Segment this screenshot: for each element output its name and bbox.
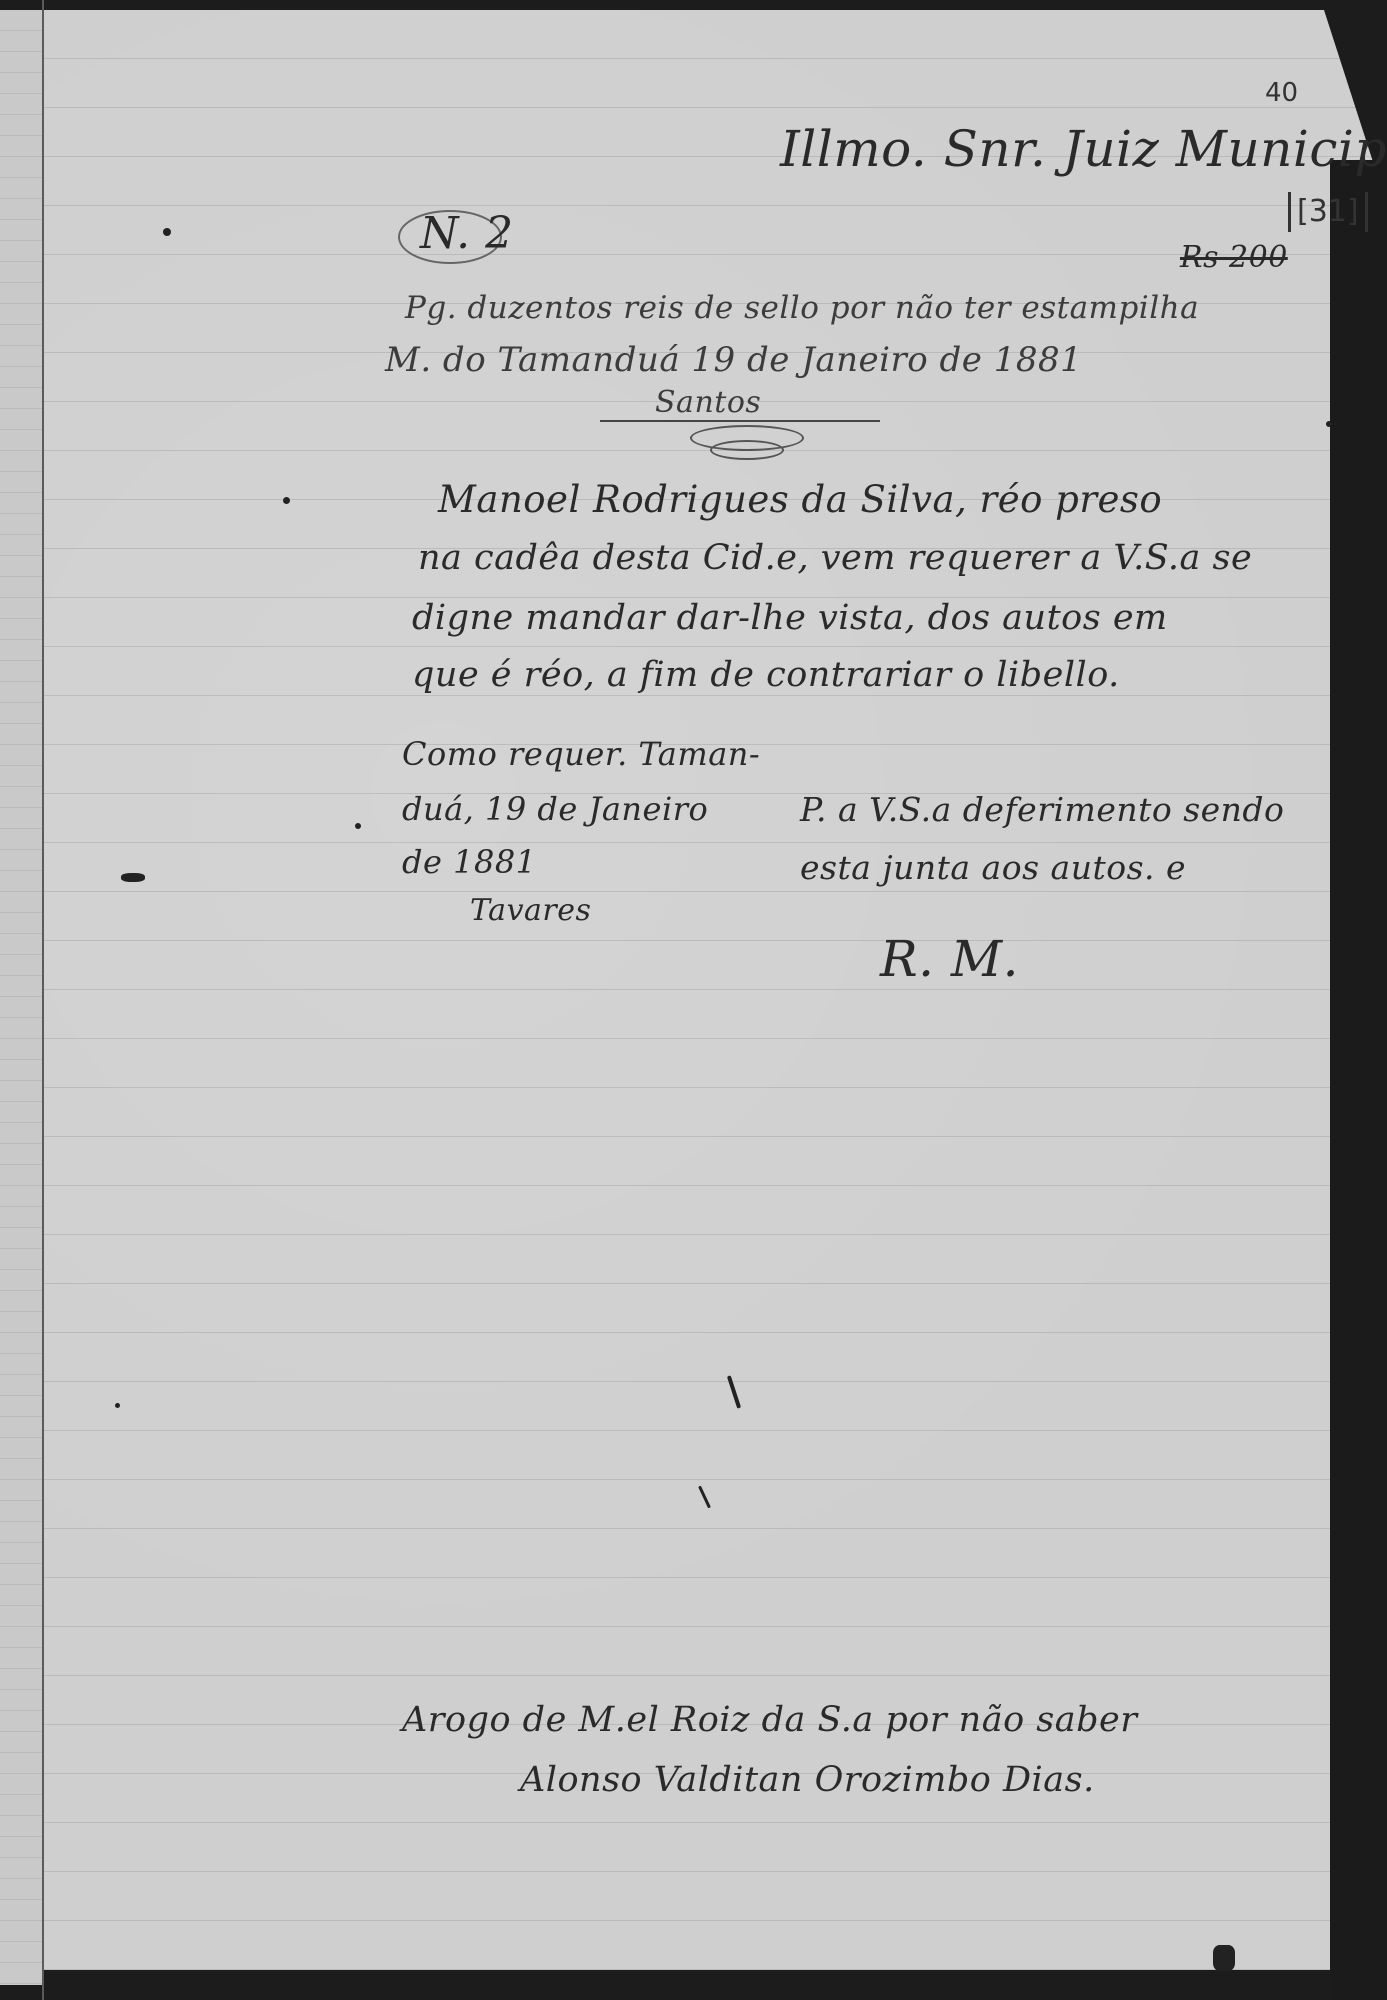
fee-note-line-1: Pg. duzentos reis de sello por não ter e… bbox=[405, 290, 1199, 326]
ink-dot bbox=[1326, 421, 1332, 427]
page-edge-shadow bbox=[1330, 160, 1387, 2000]
dispatch-line-3: de 1881 bbox=[402, 843, 537, 881]
fee-amount: Rs 200 bbox=[1180, 240, 1288, 275]
fee-note-number: N. 2 bbox=[420, 208, 514, 259]
signature-line-1: Arogo de M.el Roiz da S.a por não saber bbox=[402, 1700, 1137, 1740]
ink-blot bbox=[121, 873, 145, 882]
fee-note-line-2: M. do Tamanduá 19 de Janeiro de 1881 bbox=[385, 340, 1082, 380]
signature-underline bbox=[600, 420, 880, 422]
petition-line-4: que é réo, a fim de contrariar o libello… bbox=[412, 655, 1120, 695]
closing-initials: R. M. bbox=[880, 930, 1019, 988]
archive-number: [31] bbox=[1288, 192, 1368, 232]
previous-page-edge bbox=[0, 10, 42, 1985]
signature-flourish-2 bbox=[710, 440, 784, 460]
dispatch-line-1: Como requer. Taman- bbox=[402, 735, 760, 773]
fee-note-signature: Santos bbox=[655, 385, 761, 420]
petition-line-1: Manoel Rodrigues da Silva, réo preso bbox=[438, 478, 1162, 521]
addressee-heading: Illmo. Snr. Juiz Municipal bbox=[780, 120, 1387, 178]
binding-gutter bbox=[42, 0, 44, 2000]
closing-line-2: esta junta aos autos. e bbox=[800, 848, 1186, 887]
folio-number: 40 bbox=[1265, 78, 1298, 108]
ink-dot bbox=[283, 497, 290, 504]
signature-line-2: Alonso Valditan Orozimbo Dias. bbox=[520, 1760, 1095, 1800]
dispatch-signature: Tavares bbox=[470, 893, 591, 928]
petition-line-3: digne mandar dar-lhe vista, dos autos em bbox=[412, 598, 1168, 638]
closing-line-1: P. a V.S.a deferimento sendo bbox=[800, 790, 1284, 829]
petition-line-2: na cadêa desta Cid.e, vem requerer a V.S… bbox=[418, 538, 1252, 578]
ink-dot bbox=[115, 1403, 120, 1408]
dispatch-line-2: duá, 19 de Janeiro bbox=[402, 790, 708, 828]
ink-dot bbox=[355, 823, 361, 829]
ink-dot bbox=[163, 228, 171, 236]
page-tear-mark bbox=[1213, 1945, 1235, 1971]
